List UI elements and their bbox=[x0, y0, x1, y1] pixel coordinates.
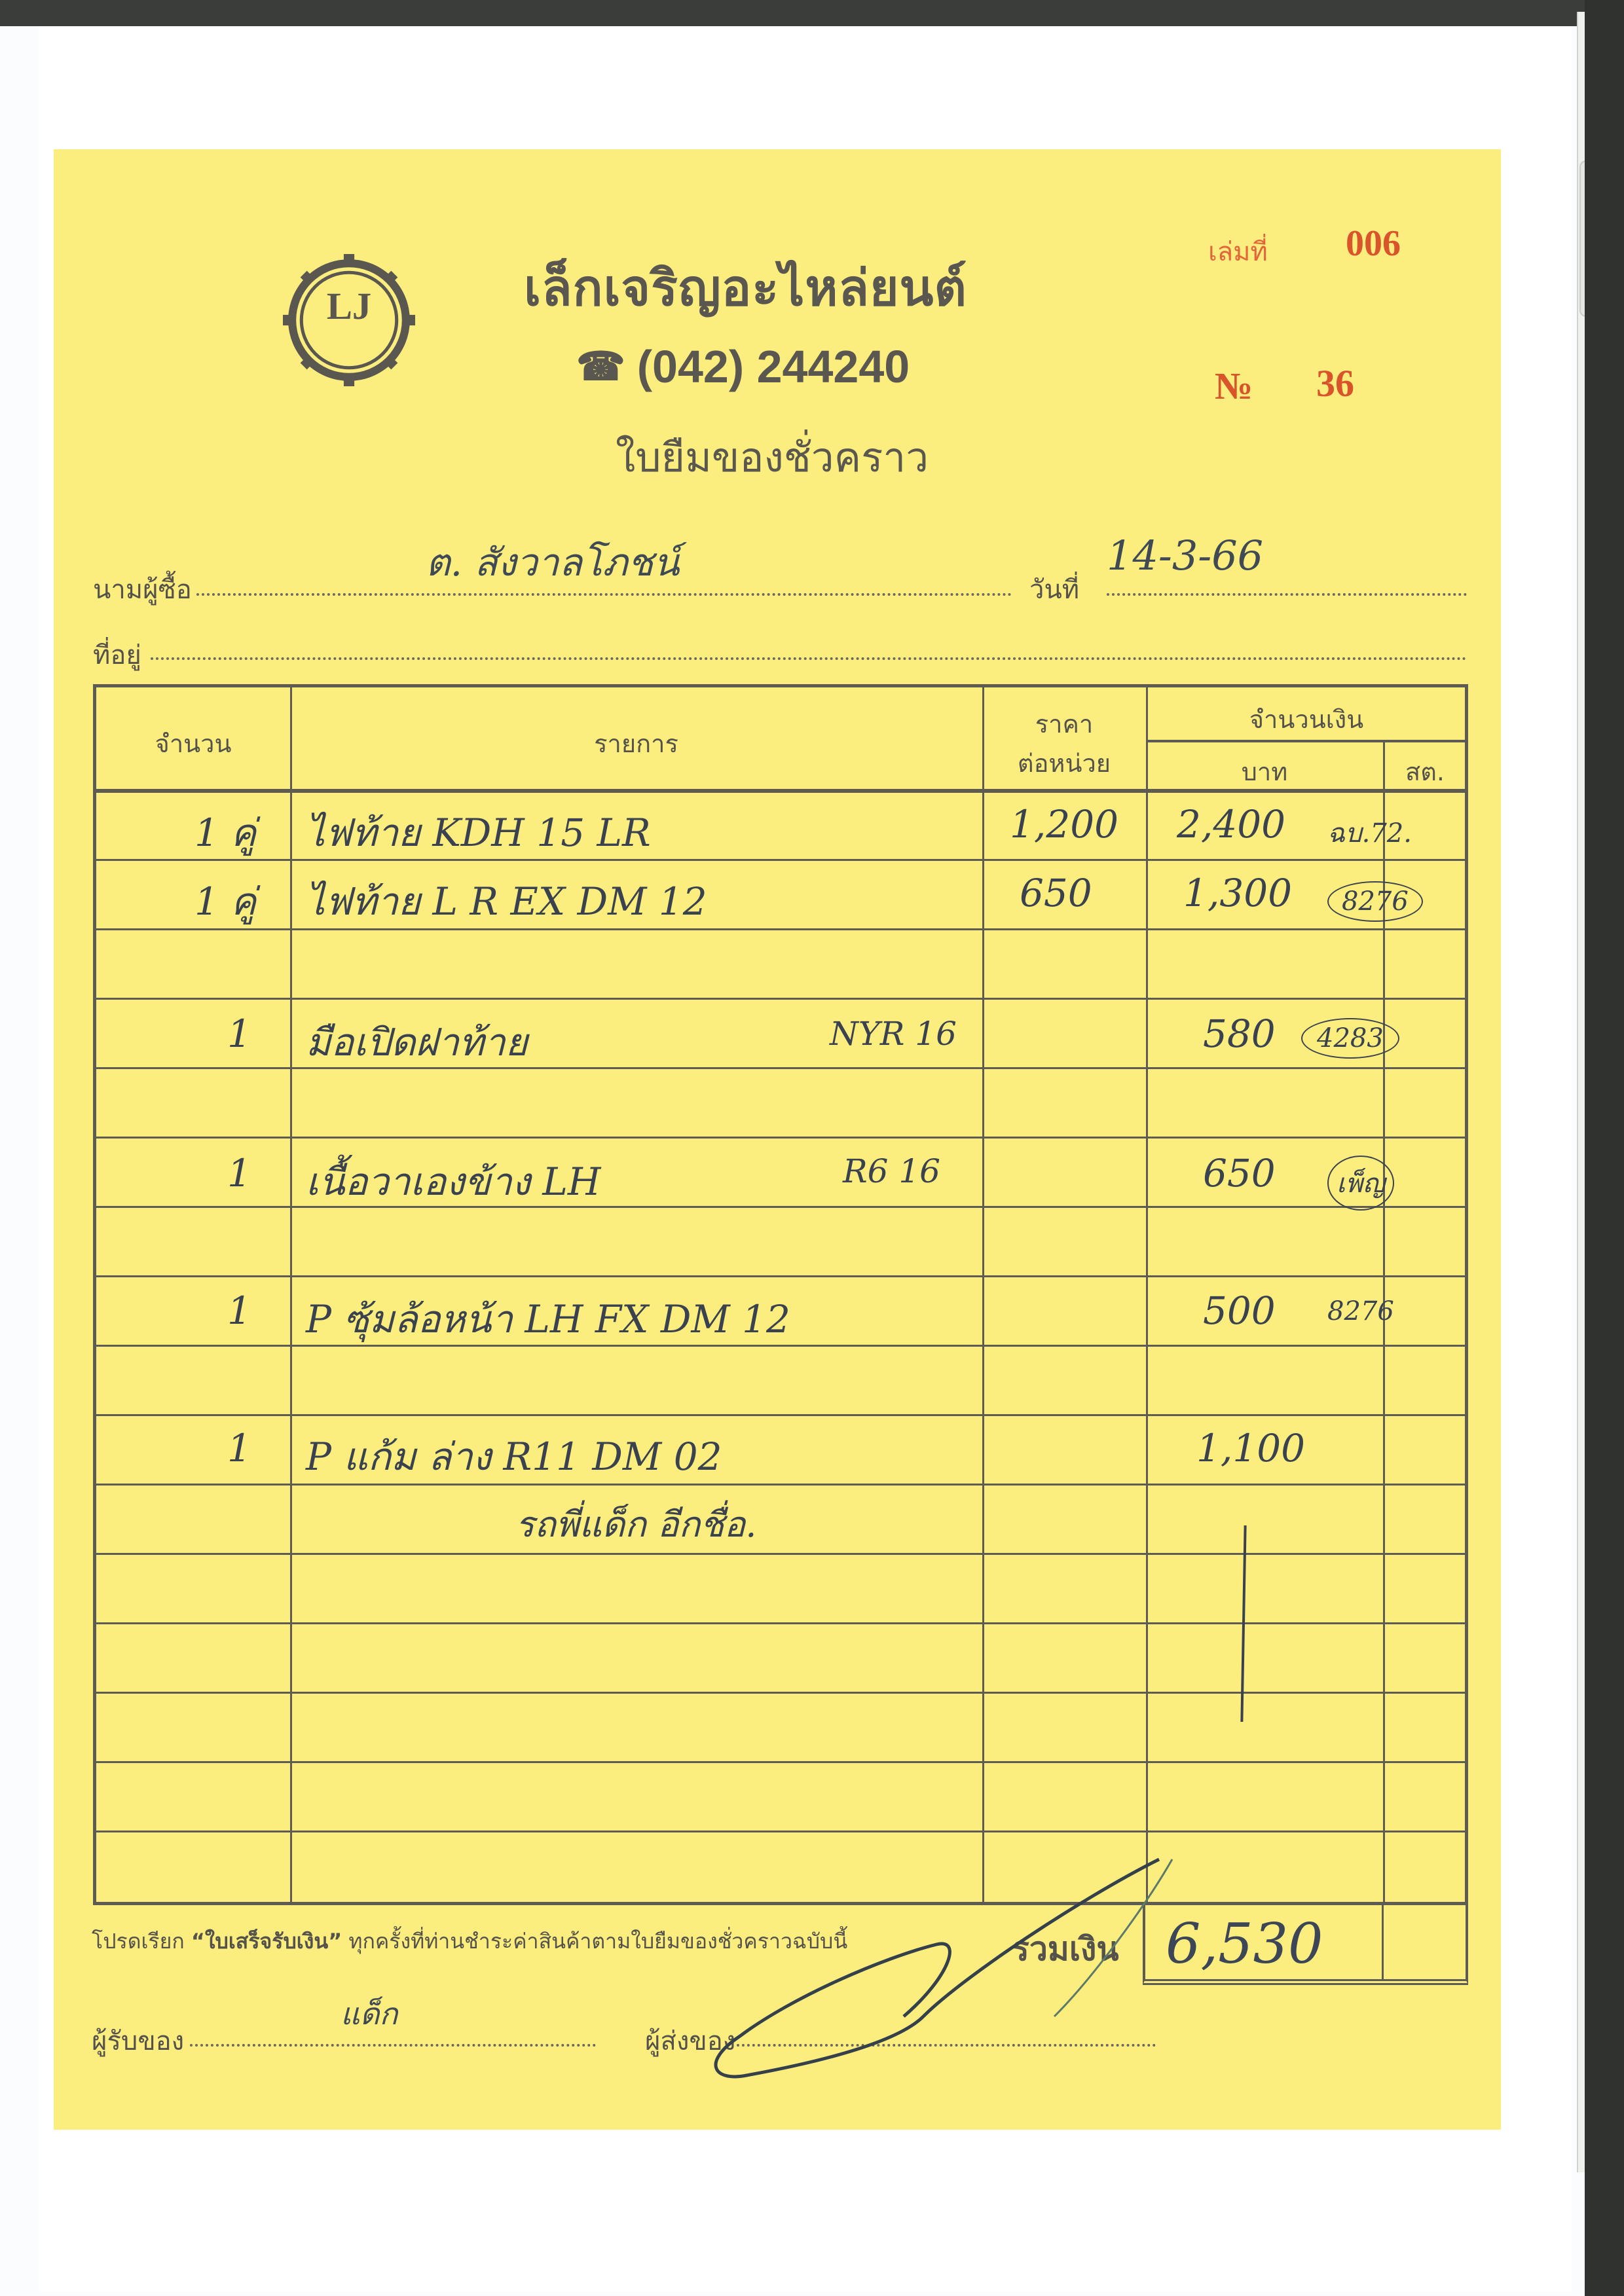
telephone-icon: ☎ bbox=[576, 344, 625, 390]
svg-text:LJ: LJ bbox=[327, 285, 371, 327]
company-gear-logo-icon: LJ bbox=[283, 254, 415, 386]
sender-signature-scribble bbox=[688, 1846, 1185, 2095]
header-subline bbox=[1146, 740, 1467, 742]
row11-remark[interactable]: รถพี่แด็ก อีกชื่อ. bbox=[515, 1496, 756, 1552]
row-line bbox=[96, 1553, 1466, 1555]
row2-description[interactable]: ไฟท้าย L R EX DM 12 bbox=[306, 871, 707, 932]
row4-qty[interactable]: 1 bbox=[227, 1011, 251, 1056]
row-line bbox=[96, 1831, 1466, 1832]
row-line bbox=[96, 1067, 1466, 1069]
receiver-signature[interactable]: แด็ก bbox=[341, 1990, 397, 2038]
header-unit-price-1: ราคา bbox=[982, 704, 1146, 744]
row1-baht[interactable]: 2,400 bbox=[1177, 802, 1285, 847]
row-line bbox=[96, 1622, 1466, 1624]
row-line bbox=[96, 1484, 1466, 1485]
header-satang: สต. bbox=[1383, 752, 1467, 792]
row4-note-circled: 4283 bbox=[1301, 1018, 1399, 1059]
row1-unit-price[interactable]: 1,200 bbox=[1010, 802, 1118, 847]
row2-baht[interactable]: 1,300 bbox=[1183, 871, 1292, 915]
number-sign: № bbox=[1215, 364, 1253, 408]
buyer-line bbox=[196, 593, 1012, 596]
row-line bbox=[96, 1275, 1466, 1277]
total-satang-divider bbox=[1382, 1905, 1384, 1980]
date-line bbox=[1107, 593, 1467, 596]
row-line bbox=[96, 1761, 1466, 1763]
row4-baht[interactable]: 580 bbox=[1203, 1011, 1276, 1056]
company-name: เล็กเจริญอะไหล่ยนต์ bbox=[524, 249, 967, 327]
row8-baht[interactable]: 500 bbox=[1203, 1288, 1276, 1333]
row-line bbox=[96, 998, 1466, 1000]
col-divider bbox=[982, 687, 984, 1905]
receiver-label: ผู้รับของ bbox=[92, 2020, 184, 2062]
row2-unit-price[interactable]: 650 bbox=[1020, 871, 1092, 915]
row10-description[interactable]: P แก้ม ล่าง R11 DM 02 bbox=[306, 1426, 722, 1487]
row8-note: 8276 bbox=[1327, 1296, 1394, 1326]
book-label: เล่มที่ bbox=[1208, 230, 1268, 272]
date-label: วันที่ bbox=[1029, 568, 1079, 610]
row6-code[interactable]: R6 16 bbox=[843, 1152, 940, 1190]
row8-description[interactable]: P ซุ้มล้อหน้า LH FX DM 12 bbox=[306, 1288, 790, 1349]
header-unit-price-2: ต่อหน่วย bbox=[982, 743, 1146, 783]
header-description: รายการ bbox=[290, 723, 982, 763]
address-line bbox=[151, 657, 1467, 660]
date-value[interactable]: 14-3-66 bbox=[1107, 532, 1263, 579]
row-line bbox=[96, 1692, 1466, 1694]
row-line bbox=[96, 1414, 1466, 1416]
header-qty: จำนวน bbox=[96, 723, 290, 763]
row1-description[interactable]: ไฟท้าย KDH 15 LR bbox=[306, 802, 651, 863]
header-amount: จำนวนเงิน bbox=[1146, 699, 1467, 739]
row2-qty[interactable]: 1 คู่ bbox=[194, 871, 256, 932]
row4-description[interactable]: มือเปิดฝาท้าย bbox=[306, 1011, 528, 1072]
row1-note: ฉบ.72. bbox=[1327, 812, 1412, 854]
form-title: ใบยืมของชั่วคราว bbox=[616, 426, 929, 490]
row6-note-circled: เพ็ญ bbox=[1327, 1156, 1394, 1211]
items-table: จำนวน รายการ ราคา ต่อหน่วย จำนวนเงิน บาท… bbox=[93, 684, 1468, 1905]
row6-description[interactable]: เนื้อวาเองข้าง LH bbox=[306, 1151, 601, 1212]
buyer-value[interactable]: ต. สังวาลโภชน์ bbox=[426, 532, 679, 592]
row-line bbox=[96, 859, 1466, 861]
reminder-prefix: โปรดเรียก bbox=[92, 1929, 185, 1954]
header-baht: บาท bbox=[1146, 752, 1383, 792]
scanner-edge-right bbox=[1585, 0, 1624, 2296]
slip-number: 36 bbox=[1316, 361, 1354, 405]
row6-qty[interactable]: 1 bbox=[227, 1151, 251, 1195]
col-divider bbox=[290, 687, 292, 1905]
row4-code[interactable]: NYR 16 bbox=[830, 1015, 957, 1053]
book-number: 006 bbox=[1346, 223, 1401, 264]
row10-qty[interactable]: 1 bbox=[227, 1426, 251, 1470]
row10-baht[interactable]: 1,100 bbox=[1196, 1426, 1305, 1470]
reminder-bold: “ใบเสร็จรับเงิน” bbox=[191, 1929, 342, 1954]
scanner-edge-top bbox=[0, 0, 1624, 26]
col-divider bbox=[1146, 687, 1148, 1905]
row6-baht[interactable]: 650 bbox=[1203, 1151, 1276, 1195]
row-line bbox=[96, 928, 1466, 930]
row2-note-circled: 8276 bbox=[1327, 881, 1423, 922]
row-line bbox=[96, 1137, 1466, 1139]
phone-line: ☎ (042) 244240 bbox=[576, 340, 910, 393]
row1-qty[interactable]: 1 คู่ bbox=[194, 802, 256, 863]
address-label: ที่อยู่ bbox=[93, 634, 141, 676]
buyer-label: นามผู้ซื้อ bbox=[93, 568, 192, 610]
row8-qty[interactable]: 1 bbox=[227, 1288, 251, 1333]
phone-number: (042) 244240 bbox=[637, 340, 910, 393]
receiver-line bbox=[190, 2044, 596, 2047]
row-line bbox=[96, 1206, 1466, 1208]
total-value[interactable]: 6,530 bbox=[1166, 1912, 1323, 1976]
